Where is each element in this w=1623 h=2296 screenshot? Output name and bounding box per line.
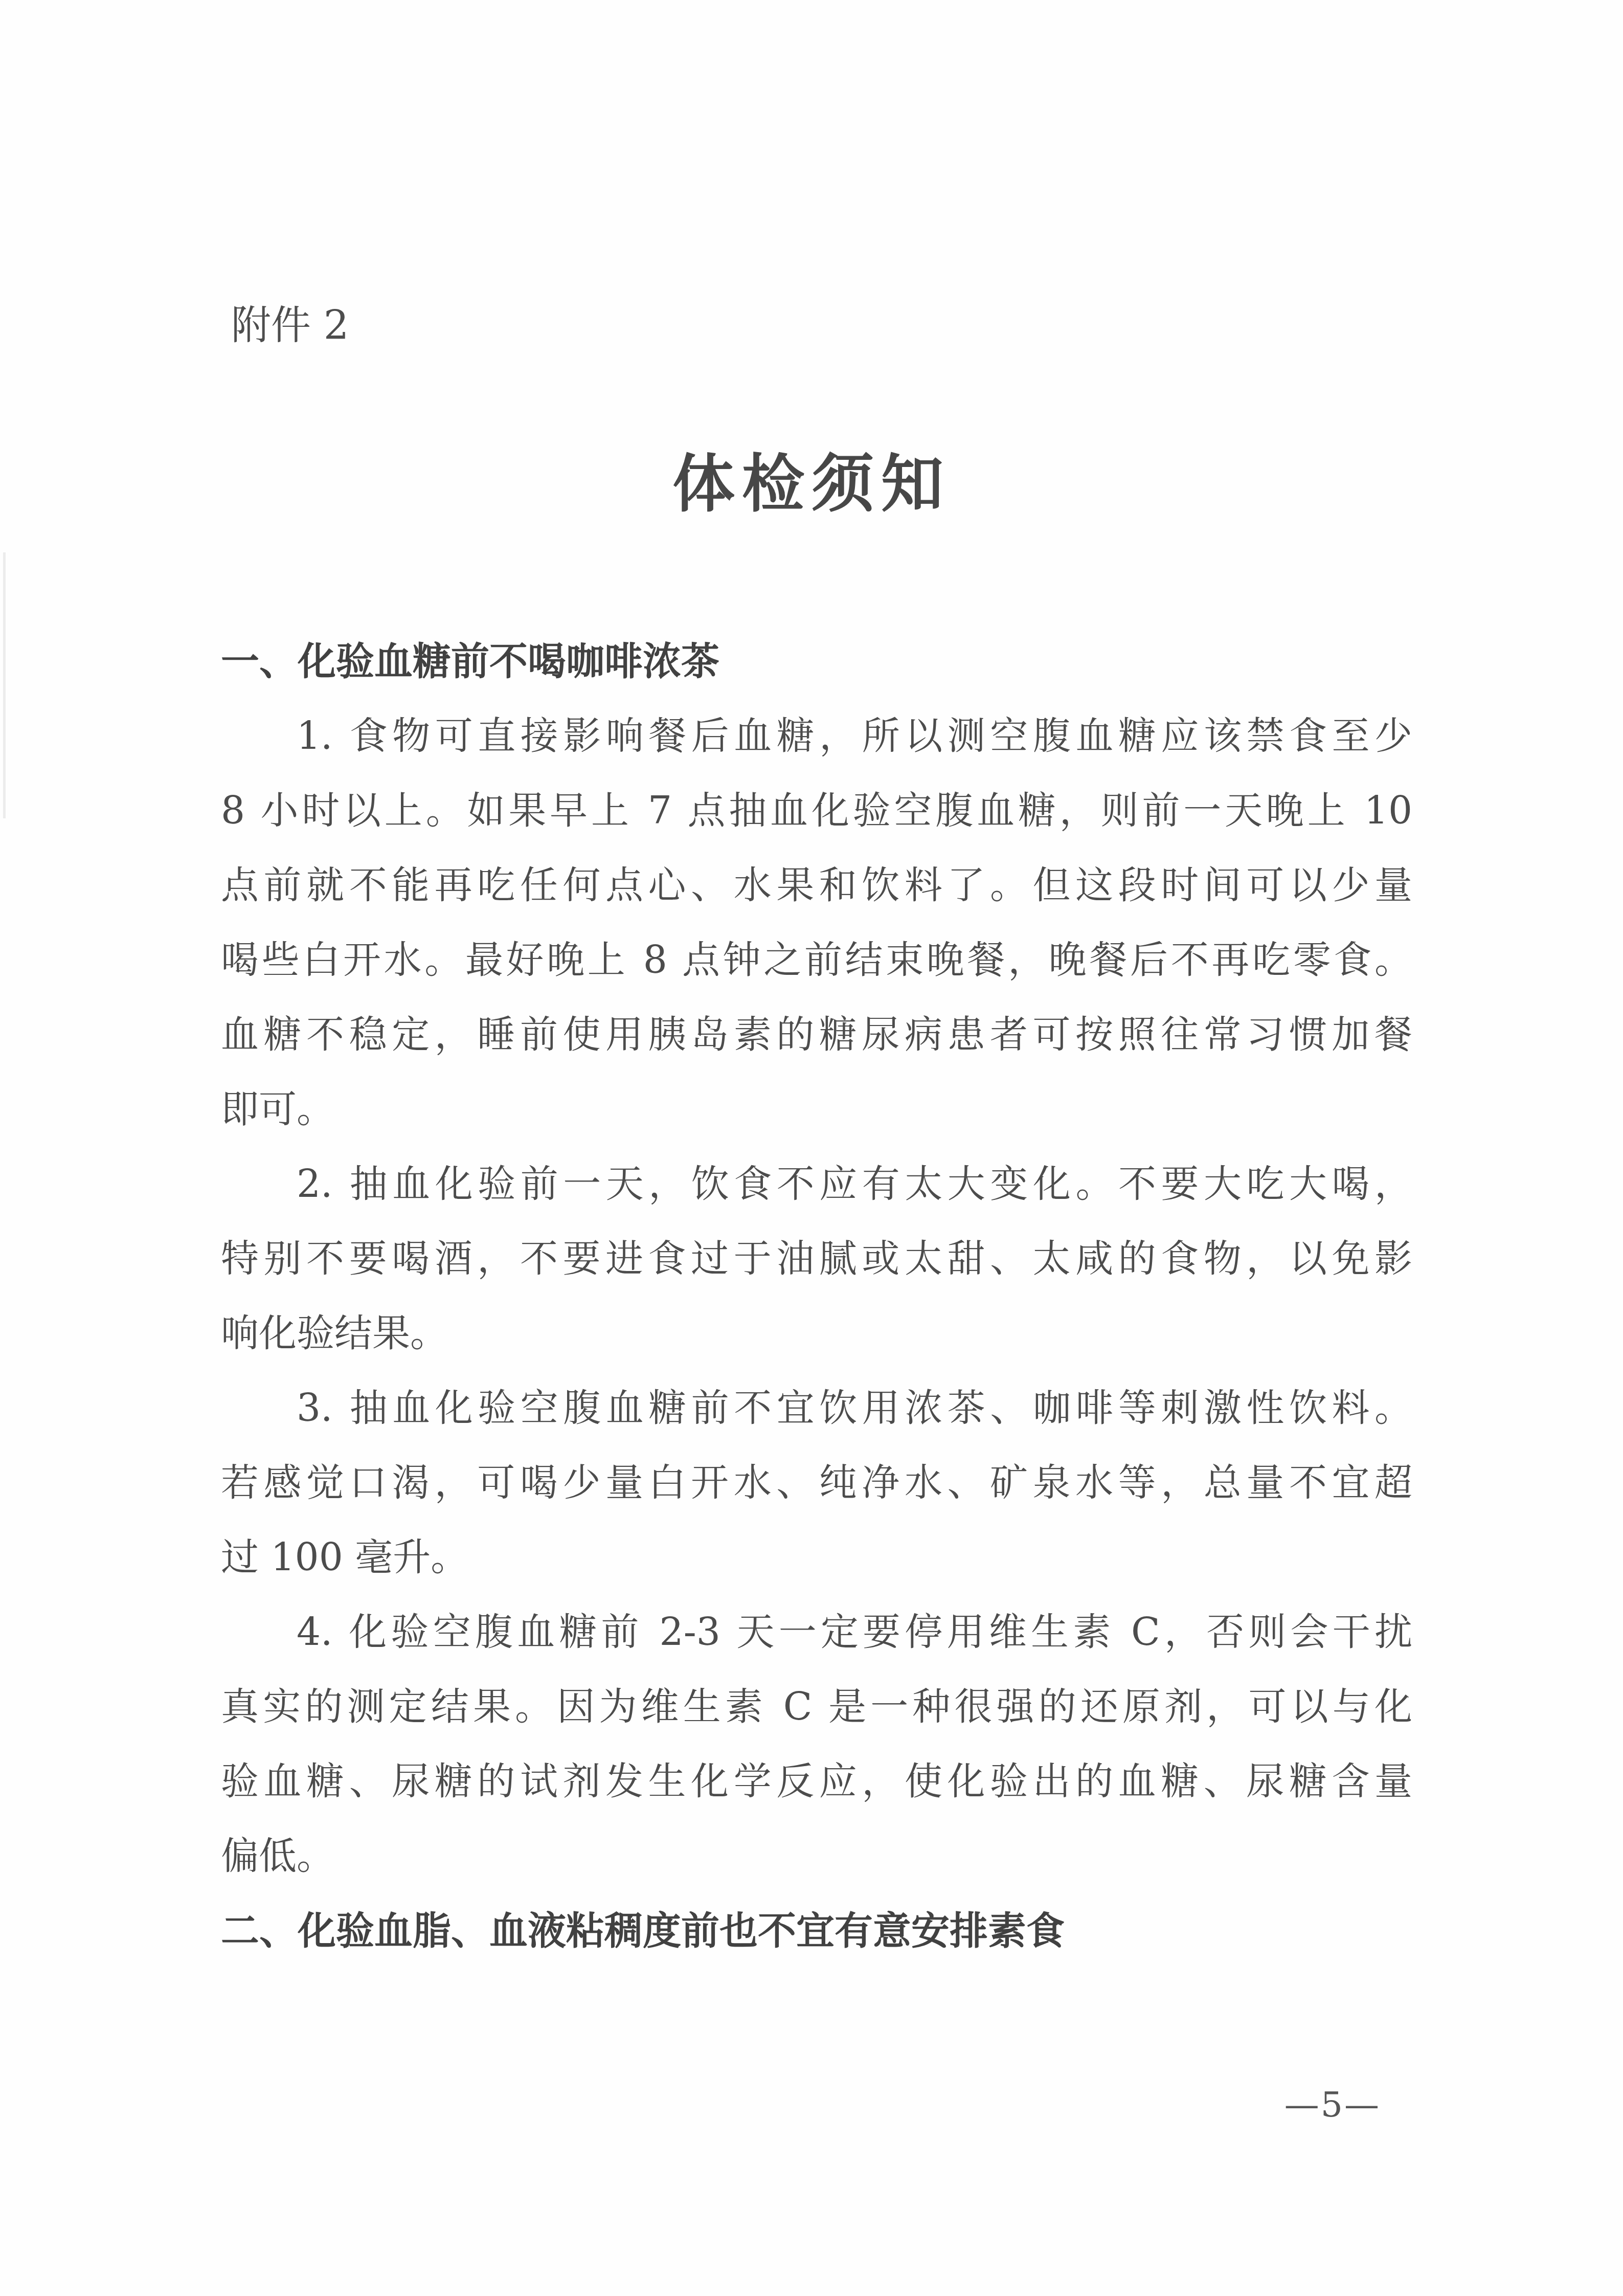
- page-title: 体检须知: [0, 449, 1623, 518]
- body-text-line: 喝些白开水。最好晚上 8 点钟之前结束晚餐，晚餐后不再吃零食。: [221, 923, 1412, 997]
- body-text-line: 真实的测定结果。因为维生素 C 是一种很强的还原剂，可以与化: [221, 1669, 1412, 1744]
- attachment-label: 附件 2: [231, 306, 349, 346]
- document-body: 一、化验血糖前不喝咖啡浓茶1. 食物可直接影响餐后血糖，所以测空腹血糖应该禁食至…: [221, 624, 1412, 1968]
- body-text-line: 3. 抽血化验空腹血糖前不宜饮用浓茶、咖啡等刺激性饮料。: [221, 1371, 1412, 1445]
- body-text-line: 若感觉口渴，可喝少量白开水、纯净水、矿泉水等，总量不宜超: [221, 1445, 1412, 1520]
- scan-artifact: [3, 552, 6, 818]
- body-text-line: 血糖不稳定，睡前使用胰岛素的糖尿病患者可按照往常习惯加餐: [221, 997, 1412, 1072]
- body-text-line: 偏低。: [221, 1819, 1412, 1893]
- body-text-line: 4. 化验空腹血糖前 2-3 天一定要停用维生素 C，否则会干扰: [221, 1595, 1412, 1669]
- body-text-line: 即可。: [221, 1072, 1412, 1147]
- body-text-line: 点前就不能再吃任何点心、水果和饮料了。但这段时间可以少量: [221, 848, 1412, 923]
- body-text-line: 过 100 毫升。: [221, 1520, 1412, 1595]
- body-text-line: 验血糖、尿糖的试剂发生化学反应，使化验出的血糖、尿糖含量: [221, 1744, 1412, 1819]
- body-text-line: 2. 抽血化验前一天，饮食不应有太大变化。不要大吃大喝，: [221, 1147, 1412, 1221]
- page-number: —5—: [1284, 2088, 1381, 2123]
- body-text-line: 特别不要喝酒，不要进食过于油腻或太甜、太咸的食物，以免影: [221, 1221, 1412, 1296]
- document-page: 附件 2 体检须知 一、化验血糖前不喝咖啡浓茶1. 食物可直接影响餐后血糖，所以…: [0, 0, 1623, 2296]
- section-heading: 二、化验血脂、血液粘稠度前也不宜有意安排素食: [221, 1893, 1412, 1968]
- body-text-line: 1. 食物可直接影响餐后血糖，所以测空腹血糖应该禁食至少: [221, 699, 1412, 773]
- body-text-line: 8 小时以上。如果早上 7 点抽血化验空腹血糖，则前一天晚上 10: [221, 773, 1412, 848]
- section-heading: 一、化验血糖前不喝咖啡浓茶: [221, 624, 1412, 699]
- body-text-line: 响化验结果。: [221, 1296, 1412, 1371]
